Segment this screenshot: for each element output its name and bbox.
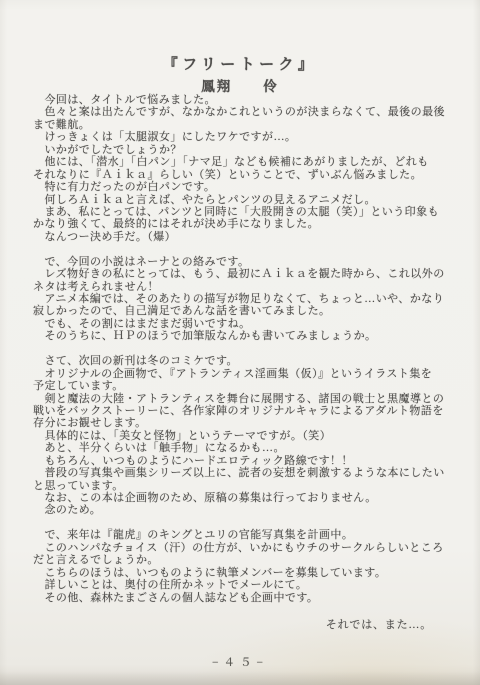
text-line: で、今回の小説はネーナとの絡みです。 — [33, 256, 450, 268]
text-line: けっきょくは「太腿淑女」にしたワケですが…。 — [33, 131, 450, 143]
text-line: 寂しかったので、自己満足であんな話を書いてみました。 — [33, 305, 450, 317]
text-line: まで難航。 — [33, 119, 450, 131]
text-line: 具体的には、「美女と怪物」というテーマですが。（笑） — [33, 430, 450, 442]
text-line: そのうちに、ＨＰのほうで加筆版なんかも書いてみましょうか。 — [33, 330, 450, 342]
text-line: ネタは考えられません！ — [33, 281, 450, 293]
page-number: −４５− — [0, 654, 480, 670]
closing-line: それでは、また…。 — [326, 616, 432, 632]
text-line: いかがでしたでしょうか？ — [33, 144, 450, 156]
body-text: 今回は、タイトルで悩みました。 色々と案は出たんですが、なかなかこれというのが決… — [33, 94, 450, 604]
text-line: レズ物好きの私にとっては、もう、最初にＡｉｋａを観た時から、これ以外の — [33, 268, 450, 280]
text-line: なお、この本は企画物のため、原稿の募集は行っておりません。 — [33, 492, 450, 504]
text-line: あと、半分くらいは「触手物」になるかも…。 — [33, 442, 450, 454]
text-line — [33, 517, 450, 529]
text-line: かなり強くて、最終的にはそれが決め手になりました。 — [33, 218, 450, 230]
text-line: 普段の写真集や画集シリーズ以上に、読者の妄想を刺激するような本にしたい — [33, 467, 450, 479]
text-line: 剣と魔法の大陸・アトランティスを舞台に展開する、諸国の戦士と黒魔導との — [33, 393, 450, 405]
text-line: 色々と案は出たんですが、なかなかこれというのが決まらなくて、最後の最後 — [33, 106, 450, 118]
text-line: このハンパなチョイス（汗）の仕方が、いかにもウチのサークルらしいところ — [33, 542, 450, 554]
text-line: さて、次回の新刊は冬のコミケです。 — [33, 355, 450, 367]
text-line: なんつー決め手だ。（爆） — [33, 231, 450, 243]
text-line: で、来年は『龍虎』のキングとユリの官能写真集を計画中。 — [33, 529, 450, 541]
text-line: こちらのほうは、いつものように執筆メンバーを募集しています。 — [33, 567, 450, 579]
text-line: と思っています。 — [33, 480, 450, 492]
page-title: 『フリートーク』 — [0, 53, 480, 74]
text-line: でも、その割にはまだまだ弱いですね。 — [33, 318, 450, 330]
text-line: 戦いをバックストーリーに、各作家陣のオリジナルキャラによるアダルト物語を — [33, 405, 450, 417]
text-line — [33, 243, 450, 255]
author-name: 鳳翔 伶 — [0, 75, 480, 95]
text-line: 存分にお観せします。 — [33, 417, 450, 429]
text-line: 特に有力だったのが白パンです。 — [33, 181, 450, 193]
text-line: 予定しています。 — [33, 380, 450, 392]
text-line: それなりに『Ａｉｋａ』らしい（笑）ということで、ずいぶん悩みました。 — [33, 169, 450, 181]
text-line: だと言えるでしょうか。 — [33, 554, 450, 566]
text-line: 他には、「潜水」「白パン」「ナマ足」なども候補にあがりましたが、どれも — [33, 156, 450, 168]
text-line: 何しろＡｉｋａと言えば、やたらとパンツの見えるアニメだし。 — [33, 194, 450, 206]
text-line: 今回は、タイトルで悩みました。 — [33, 94, 450, 106]
text-line: 念のため。 — [33, 504, 450, 516]
text-line: その他、森林たまごさんの個人誌なども企画中です。 — [33, 592, 450, 604]
text-line: アニメ本編では、そのあたりの描写が物足りなくて、ちょっと…いや、かなり — [33, 293, 450, 305]
text-line: オリジナルの企画物で、『アトランティス淫画集（仮）』というイラスト集を — [33, 368, 450, 380]
text-line: まあ、私にとっては、パンツと同時に「大股開きの太腿（笑）」という印象も — [33, 206, 450, 218]
text-line: 詳しいことは、奥付の住所かネットでメールにて。 — [33, 579, 450, 591]
text-line: もちろん、いつものようにハードエロティック路線です！！ — [33, 455, 450, 467]
scanned-document-page: 『フリートーク』 鳳翔 伶 今回は、タイトルで悩みました。 色々と案は出たんです… — [0, 0, 480, 685]
text-line — [33, 343, 450, 355]
